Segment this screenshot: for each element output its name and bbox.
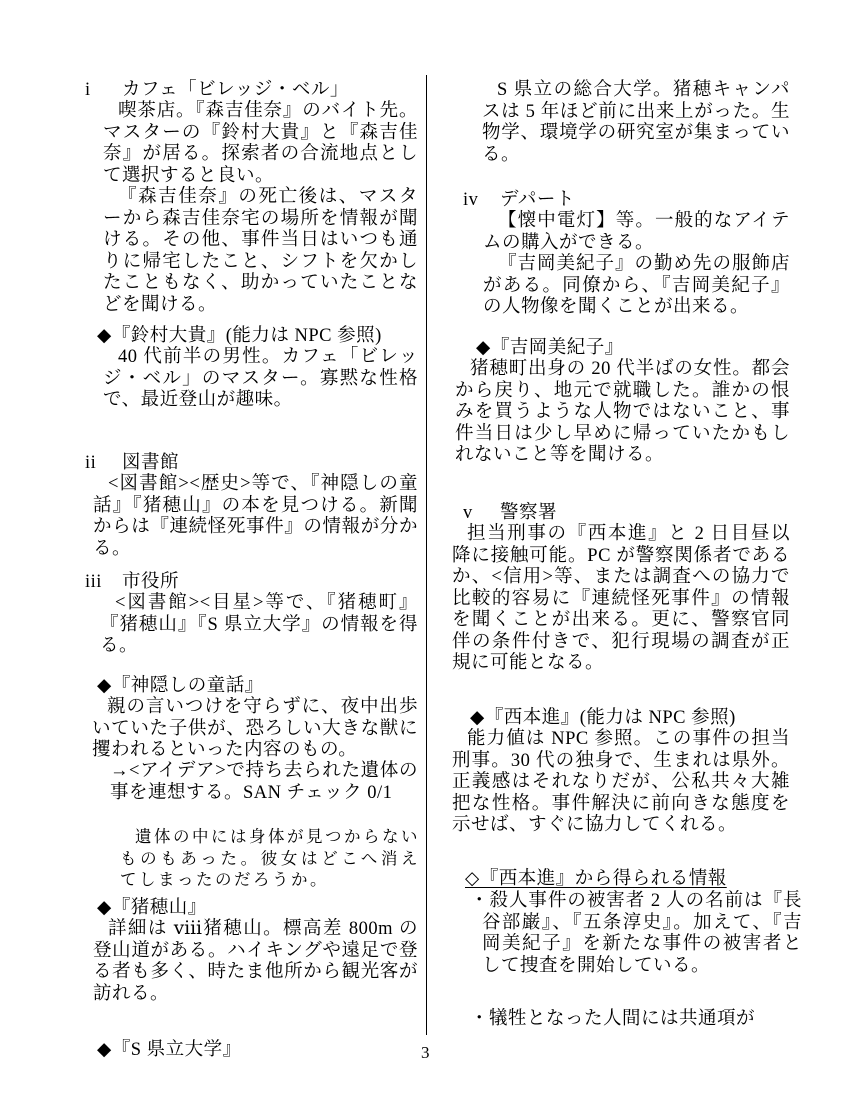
section-title: 警察署 [500, 503, 557, 523]
paragraph: <図書館><目星>等で、『猪穂町』『猪穂山』『S 県立大学』の情報を得る。 [100, 593, 418, 658]
paragraph: 喫茶店。『森吉佳奈』のバイト先。マスターの『鈴村大貴』と『森吉佳奈』が居る。探索… [103, 101, 418, 187]
paragraph: 能力値は NPC 参照。この事件の担当刑事。30 代の独身で、生まれは県外。正義… [452, 729, 790, 837]
section-number: i [85, 80, 122, 102]
paragraph: S 県立の総合大学。猪穂キャンパスは 5 年ほど前に出来上がった。生物学、環境学… [482, 80, 790, 166]
npc-heading: ◆『鈴村大貴』(能力は NPC 参照) [97, 326, 418, 348]
bullet-item: ・殺人事件の被害者 2 人の名前は『長谷部巌』、『五条淳史』。加えて、『吉岡美紀… [470, 891, 802, 977]
paragraph: 親の言いつけを守らずに、夜中出歩いていた子供が、恐ろしい大きな獣に攫われるといっ… [92, 697, 418, 762]
paragraph: <図書館><歴史>等で、『神隠しの童話』『猪穂山』の本を見つける。新聞からは『連… [93, 474, 418, 560]
section-number: ii [85, 453, 122, 475]
npc-heading: ◆『西本進』(能力は NPC 参照) [470, 708, 790, 730]
column-divider [426, 75, 427, 1035]
paragraph: 『吉岡美紀子』の勤め先の服飾店がある。同僚から、『吉岡美紀子』の人物像を聞くこと… [483, 254, 790, 319]
section-number: iii [85, 572, 122, 594]
paragraph: 担当刑事の『西本進』と 2 日目昼以降に接触可能。PC が警察関係者であるか、<… [452, 524, 790, 675]
paragraph: 【懐中電灯】等。一般的なアイテムの購入ができる。 [483, 211, 790, 254]
npc-heading: ◆『吉岡美紀子』 [476, 338, 790, 360]
paragraph: 猪穂町出身の 20 代半ばの女性。都会から戻り、地元で就職した。誰かの恨みを買う… [455, 359, 790, 467]
document-page: iカフェ「ビレッジ・ベル」 喫茶店。『森吉佳奈』のバイト先。マスターの『鈴村大貴… [0, 0, 851, 1099]
section-heading-v: v警察署 [463, 503, 790, 525]
section-heading-iii: iii市役所 [85, 572, 418, 594]
section-title: 図書館 [122, 453, 179, 473]
section-title: 市役所 [122, 572, 179, 592]
bullet-item: ・犠牲となった人間には共通項が [470, 1009, 802, 1031]
paragraph: 詳細は ⅷ猪穂山。標高差 800m の登山道がある。ハイキングや遠足で登る者も多… [93, 919, 418, 1005]
section-heading-ii: ii図書館 [85, 453, 418, 475]
paragraph: 40 代前半の男性。カフェ「ビレッジ・ベル」のマスター。寡黙な性格で、最近登山が… [103, 347, 418, 412]
section-number: iv [463, 190, 500, 212]
npc-heading: ◆『神隠しの童話』 [97, 676, 418, 698]
section-heading-iv: ivデパート [463, 190, 790, 212]
info-heading: ◇『西本進』から得られる情報 [465, 869, 790, 891]
section-heading-i: iカフェ「ビレッジ・ベル」 [85, 80, 418, 102]
section-title: カフェ「ビレッジ・ベル」 [122, 80, 349, 100]
page-number: 3 [0, 1042, 851, 1064]
npc-heading: ◆『猪穂山』 [97, 898, 418, 920]
paragraph: 『森吉佳奈』の死亡後は、マスターから森吉佳奈宅の場所を情報が聞ける。その他、事件… [103, 187, 418, 316]
arrow-note: →<アイデア>で持ち去られた遺体の事を連想する。SAN チェック 0/1 [110, 761, 418, 804]
flavor-text: 遺体の中には身体が見つからないものもあった。彼女はどこへ消えてしまったのだろうか… [120, 826, 420, 891]
section-number: v [463, 503, 500, 525]
section-title: デパート [500, 190, 575, 210]
